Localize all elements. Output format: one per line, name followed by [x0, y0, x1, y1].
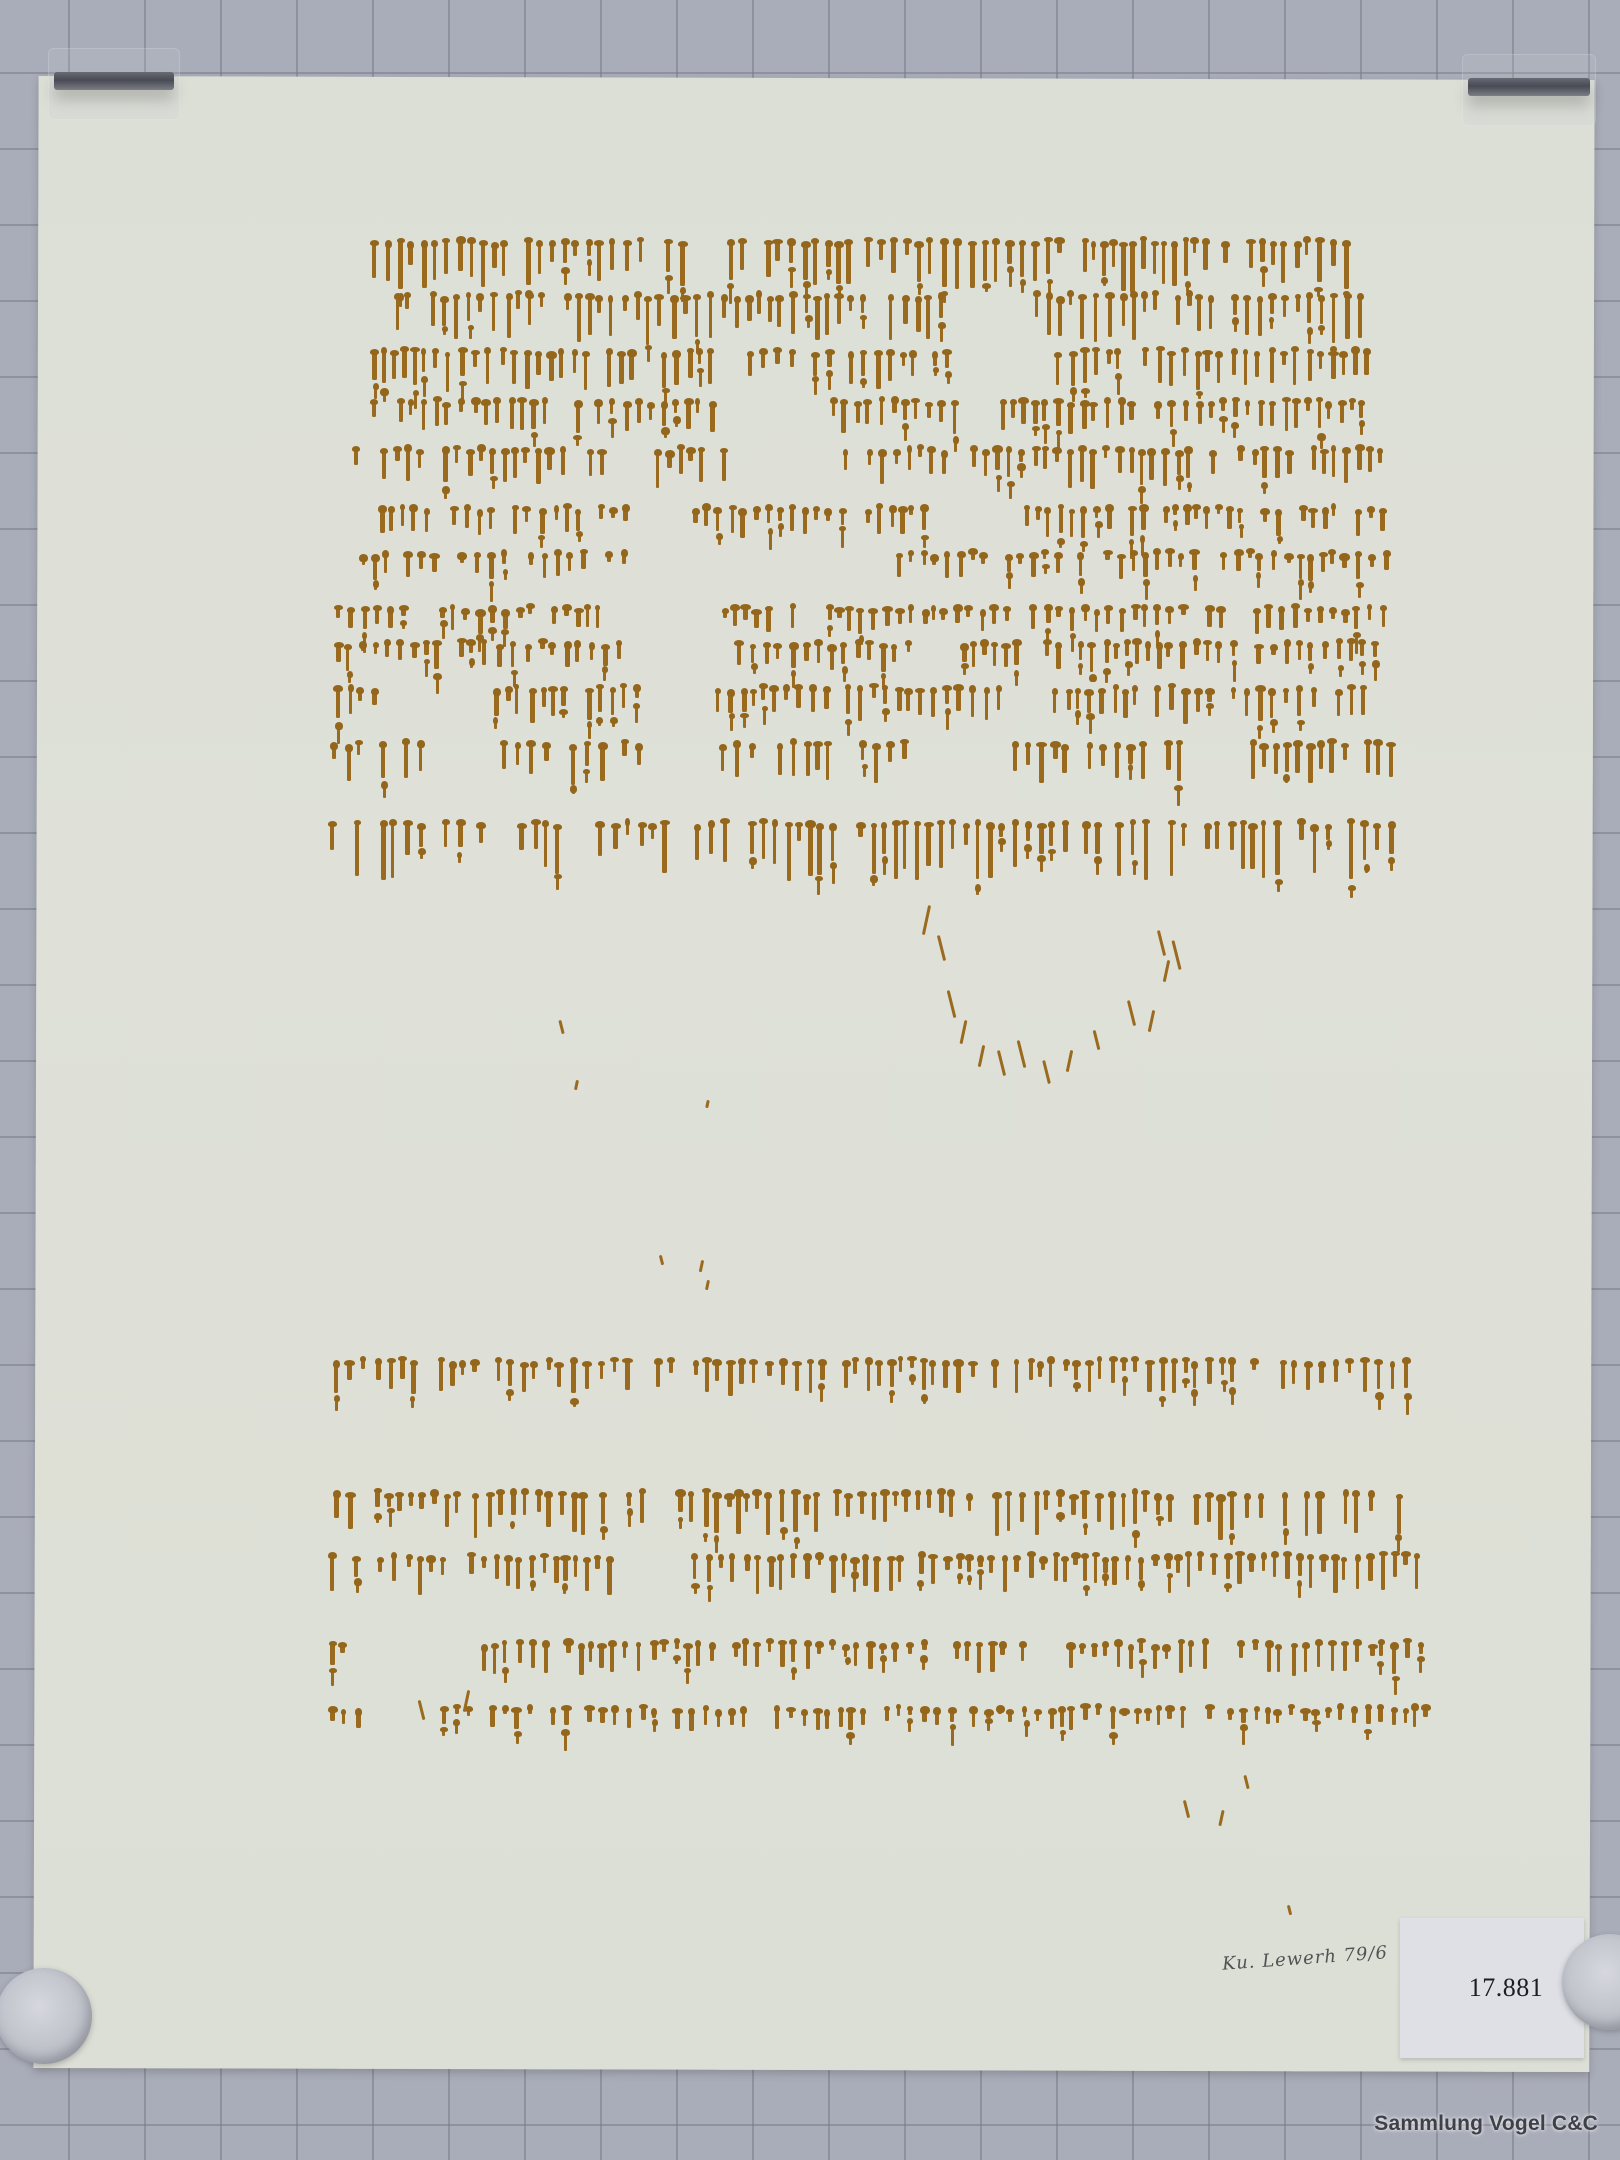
ink-drip — [585, 743, 589, 766]
ink-drip-head — [1141, 291, 1148, 299]
ink-drip-head — [1012, 639, 1022, 646]
ink-drip-head — [1307, 642, 1313, 649]
ink-drip-head — [772, 819, 778, 827]
ink-drip-head — [729, 1553, 735, 1560]
ink-drip-head — [1195, 351, 1202, 357]
ink-drip-head — [1237, 1640, 1245, 1647]
ink-drip-head — [1151, 241, 1159, 246]
ink-drip-head — [1189, 549, 1200, 555]
ink-drip-head — [477, 444, 486, 452]
ink-drip-head — [611, 1705, 619, 1713]
ink-drip-head — [549, 240, 556, 247]
ink-drip-head — [416, 449, 424, 455]
ink-drip — [474, 1495, 477, 1538]
ink-drip-head — [792, 1361, 802, 1366]
ink-drip-head — [902, 423, 909, 430]
ink-drip-head — [1104, 639, 1111, 646]
ink-drip-head — [1129, 241, 1137, 247]
ink-drip-head — [389, 819, 397, 826]
ink-drip — [330, 1643, 335, 1665]
ink-drip-head — [382, 550, 389, 558]
ink-drip-head — [1142, 552, 1149, 559]
ink-drip-head — [984, 1709, 994, 1716]
ink-drip-head — [502, 1640, 507, 1645]
ink-drip-head — [844, 239, 853, 245]
ink-drip-head — [442, 486, 450, 494]
ink-drip-head — [572, 349, 578, 356]
ink-drip — [1094, 1554, 1097, 1583]
ink-drip-head — [560, 1555, 571, 1561]
ink-drip-head — [744, 1554, 751, 1562]
ink-drip-head — [1104, 397, 1111, 404]
ink-drip-head — [356, 687, 364, 694]
ink-drip-head — [1366, 446, 1374, 452]
ink-drip-head — [1061, 744, 1069, 751]
ink-drip-head — [707, 1585, 713, 1590]
ink-drip-head — [1092, 1552, 1100, 1557]
ink-drip — [1141, 743, 1145, 779]
ink-drip — [1121, 244, 1126, 291]
ink-drip-head — [743, 1493, 750, 1499]
ink-drip-head — [1318, 1361, 1326, 1368]
ink-drip-head — [732, 1642, 741, 1649]
ink-stroke — [1157, 930, 1166, 956]
ink-drip-head — [1353, 632, 1361, 638]
ink-drip-head — [1271, 550, 1277, 557]
ink-drip-head — [423, 640, 430, 645]
ink-drip-head — [1081, 388, 1090, 394]
ink-drip-head — [1089, 402, 1098, 407]
ink-drip-head — [1165, 606, 1174, 613]
ink-drip-head — [573, 435, 582, 440]
ink-drip-head — [1273, 743, 1280, 750]
ink-drip — [773, 821, 776, 864]
ink-drip-head — [538, 535, 545, 540]
ink-drip-head — [1203, 640, 1212, 645]
ink-drip-head — [886, 349, 895, 356]
ink-drip-head — [789, 642, 799, 650]
ink-drip-head — [1261, 482, 1268, 489]
ink-drip-head — [1174, 785, 1183, 791]
ink-drip-head — [1205, 1357, 1214, 1362]
ink-drip-head — [1297, 554, 1305, 559]
ink-drip-head — [1297, 1580, 1302, 1587]
ink-drip-head — [1056, 1489, 1065, 1497]
ink-drip-head — [430, 291, 437, 297]
ink-drip-head — [674, 1638, 680, 1644]
ink-drip-head — [1046, 292, 1053, 300]
ink-drip-head — [1411, 1703, 1419, 1711]
ink-drip-head — [1181, 823, 1187, 828]
ink-stroke — [659, 1255, 664, 1265]
ink-drip-head — [1352, 606, 1360, 611]
ink-drip — [544, 822, 547, 867]
ink-drip — [1250, 825, 1255, 869]
ink-drip-head — [1275, 1644, 1282, 1650]
ink-drip-head — [1072, 1360, 1081, 1367]
ink-drip — [1119, 556, 1123, 579]
ink-drip-head — [998, 838, 1006, 845]
ink-drip-head — [608, 295, 613, 303]
ink-drip-head — [1260, 446, 1269, 451]
ink-drip-head — [811, 352, 820, 358]
ink-drip-head — [605, 551, 613, 558]
ink-drip-head — [1224, 1583, 1232, 1589]
ink-drip-head — [489, 581, 494, 587]
ink-drip-head — [888, 294, 894, 301]
ink-drip — [581, 1494, 585, 1535]
ink-drip-head — [1115, 822, 1124, 828]
ink-drip-head — [1339, 553, 1350, 561]
ink-drip-head — [570, 785, 577, 793]
ink-drip — [1350, 686, 1353, 715]
ink-drip — [1317, 1493, 1322, 1534]
ink-drip — [404, 740, 408, 778]
ink-drip-head — [1317, 606, 1324, 612]
ink-drip-head — [1403, 1708, 1409, 1714]
ink-drip — [422, 242, 427, 288]
ink-drip — [422, 401, 425, 430]
ink-drip-head — [740, 713, 749, 718]
ink-drip — [861, 352, 865, 376]
ink-drip-head — [694, 824, 701, 831]
ink-drip-head — [908, 550, 914, 556]
ink-stroke — [1127, 1000, 1136, 1026]
ink-drip-head — [541, 687, 547, 693]
ink-drip-head — [553, 1556, 560, 1561]
ink-drip-head — [378, 505, 387, 513]
ink-drip — [815, 743, 820, 770]
ink-drip — [1376, 741, 1380, 775]
ink-drip-head — [921, 535, 929, 540]
ink-drip-head — [1270, 241, 1277, 247]
ink-drip — [625, 242, 629, 271]
ink-drip — [793, 1491, 798, 1532]
ink-drip-head — [515, 742, 521, 749]
ink-drip-head — [1421, 1704, 1431, 1711]
ink-drip — [444, 240, 448, 274]
ink-drip-head — [1234, 549, 1244, 556]
ink-drip-head — [1103, 550, 1113, 555]
ink-drip-head — [1196, 391, 1203, 396]
ink-drip-head — [860, 350, 867, 355]
ink-drip-head — [975, 884, 981, 892]
ink-drip-head — [484, 347, 491, 354]
ink-drip-head — [1304, 1491, 1310, 1499]
ink-drip-head — [536, 240, 543, 247]
ink-drip-head — [517, 397, 527, 403]
ink-drip-head — [842, 666, 848, 674]
ink-drip — [382, 349, 386, 383]
ink-drip-head — [1006, 572, 1013, 579]
ink-drip-head — [1214, 821, 1220, 826]
ink-drip-head — [801, 241, 811, 248]
ink-drip-head — [992, 238, 1000, 245]
ink-drip-head — [1250, 739, 1257, 746]
ink-drip-head — [898, 1356, 903, 1361]
ink-drip-head — [1091, 1643, 1098, 1648]
ink-drip-head — [963, 823, 970, 829]
ink-drip-head — [1322, 641, 1329, 648]
ink-drip-head — [1132, 1488, 1138, 1495]
ink-drip — [598, 686, 602, 712]
ink-drip-head — [917, 444, 924, 450]
ink-drip-head — [1239, 524, 1244, 529]
ink-drip-head — [450, 506, 459, 511]
ink-drip-head — [889, 505, 897, 513]
ink-drip-head — [1154, 685, 1161, 692]
ink-drip-head — [1341, 1641, 1349, 1646]
ink-drip-head — [1392, 1676, 1400, 1681]
ink-drip-head — [727, 239, 735, 246]
ink-drip-head — [924, 822, 934, 827]
ink-drip — [1056, 354, 1059, 385]
ink-drip-head — [1164, 642, 1173, 649]
ink-drip-head — [564, 293, 572, 301]
ink-drip-head — [457, 638, 467, 643]
ink-drip-head — [881, 822, 887, 829]
ink-drip-head — [1205, 605, 1215, 612]
ink-drip — [503, 1642, 506, 1663]
ink-drip-head — [938, 292, 944, 300]
ink-drip — [389, 1360, 393, 1389]
ink-drip — [1230, 823, 1234, 850]
ink-drip-head — [1094, 822, 1102, 828]
ink-drip-head — [553, 824, 562, 830]
ink-drip — [1266, 606, 1271, 628]
ink-drip-head — [1175, 450, 1184, 457]
ink-drip — [1377, 1361, 1380, 1389]
ink-drip — [736, 1491, 741, 1534]
ink-drip — [917, 243, 921, 282]
ink-drip-head — [764, 1492, 772, 1499]
ink-drip-head — [1182, 1378, 1190, 1384]
ink-drip-head — [1232, 397, 1240, 402]
ink-drip-head — [1314, 287, 1323, 292]
ink-drip — [515, 686, 518, 714]
ink-drip-head — [595, 605, 600, 610]
ink-drip-head — [387, 606, 394, 614]
ink-drip-head — [528, 552, 534, 560]
ink-drip-head — [818, 1359, 827, 1366]
ink-drip-head — [1070, 387, 1077, 395]
ink-drip-head — [444, 1494, 451, 1499]
ink-drip-head — [1048, 1708, 1057, 1715]
ink-drip-head — [1147, 448, 1156, 456]
ink-drip-head — [1282, 1492, 1288, 1499]
ink-drip-head — [702, 1488, 711, 1493]
ink-drip-head — [773, 347, 782, 353]
ink-drip-head — [486, 1492, 495, 1497]
ink-drip-head — [1355, 444, 1365, 451]
ink-drip-head — [654, 1358, 663, 1365]
ink-drip-head — [1041, 549, 1049, 555]
ink-drip-head — [1132, 860, 1138, 866]
ink-drip-head — [1250, 1358, 1259, 1365]
ink-drip-head — [1121, 1493, 1126, 1498]
ink-drip — [1170, 822, 1173, 876]
ink-drip-head — [1258, 400, 1265, 405]
ink-drip-head — [1248, 823, 1258, 830]
ink-drip-head — [621, 739, 629, 744]
ink-drip-head — [397, 398, 405, 404]
ink-drip-head — [751, 663, 758, 670]
ink-drip-head — [896, 553, 903, 558]
ink-drip-head — [1115, 446, 1125, 453]
ink-drip-head — [1306, 292, 1313, 299]
ink-drip — [411, 1362, 416, 1394]
ink-drip-head — [950, 1724, 956, 1730]
ink-drip-head — [544, 447, 555, 455]
ink-drip — [903, 822, 906, 869]
ink-drip-head — [554, 549, 562, 556]
ink-drip-head — [706, 1554, 713, 1561]
ink-drip-head — [500, 347, 507, 352]
ink-drip-head — [791, 1667, 797, 1674]
ink-drip-head — [911, 398, 920, 403]
ink-drip-head — [1164, 1553, 1173, 1561]
ink-drip-head — [1027, 1551, 1036, 1557]
ink-drip-head — [1153, 548, 1161, 555]
ink-drip-head — [430, 1489, 439, 1497]
ink-drip-head — [678, 1517, 683, 1522]
ink-drip — [381, 743, 385, 778]
ink-drip — [680, 243, 685, 286]
ink-drip-head — [1396, 1494, 1403, 1499]
ink-drip-head — [1067, 402, 1075, 408]
ink-drip-head — [939, 608, 948, 615]
ink-drip-head — [570, 1398, 579, 1405]
ink-drip — [815, 298, 820, 340]
ink-drip-head — [941, 450, 948, 458]
ink-drip-head — [1130, 819, 1136, 825]
ink-drip-head — [410, 1360, 418, 1366]
ink-drip-head — [898, 506, 908, 513]
ink-drip-head — [1091, 241, 1096, 248]
ink-drip-head — [1077, 552, 1084, 560]
ink-drip — [1147, 1362, 1152, 1392]
ink-drip-head — [1377, 1661, 1384, 1667]
ink-drip-head — [926, 1489, 932, 1496]
ink-stroke — [558, 1020, 564, 1034]
ink-drip-head — [1128, 764, 1133, 771]
ink-drip-head — [489, 448, 496, 455]
ink-drip — [695, 296, 698, 337]
ink-drip-head — [749, 743, 756, 750]
ink-drip-head — [1102, 1557, 1109, 1563]
ink-drip — [382, 450, 386, 479]
ink-drip-head — [1255, 553, 1263, 560]
ink-drip-head — [438, 1357, 445, 1362]
ink-stroke — [705, 1280, 710, 1290]
ink-drip-head — [807, 1359, 814, 1364]
ink-drip-head — [672, 399, 679, 406]
ink-drip-head — [1307, 554, 1314, 562]
ink-drip-head — [907, 1718, 913, 1724]
ink-drip-head — [1373, 739, 1383, 746]
ink-drip — [396, 295, 399, 330]
ink-drip-head — [439, 607, 447, 613]
ink-drip-head — [1047, 279, 1053, 284]
ink-drip-head — [728, 1708, 736, 1716]
ink-drip-head — [991, 642, 998, 647]
ink-drip — [507, 295, 511, 338]
ink-drip-head — [429, 553, 440, 559]
ink-drip — [1183, 690, 1188, 724]
ink-drip-head — [960, 643, 969, 651]
ink-drip-head — [751, 609, 762, 615]
ink-drip-head — [879, 643, 888, 649]
ink-drip — [640, 1490, 644, 1523]
ink-drip-head — [977, 1555, 984, 1563]
ink-drip-head — [510, 1488, 517, 1496]
ink-drip — [536, 450, 541, 484]
ink-drip-head — [877, 239, 886, 245]
ink-drip-head — [476, 822, 486, 829]
ink-drip — [1033, 243, 1037, 281]
ink-drip-head — [695, 398, 700, 405]
ink-drip-head — [1089, 674, 1097, 682]
ink-drip — [1381, 1553, 1385, 1590]
ink-drip-head — [1357, 293, 1364, 300]
ink-drip-head — [1277, 536, 1283, 542]
ink-drip-head — [333, 1490, 341, 1498]
ink-drip-head — [1176, 475, 1184, 482]
ink-drip-head — [1243, 295, 1251, 301]
ink-drip-head — [930, 687, 937, 694]
ink-drip-head — [524, 237, 533, 243]
ink-drip — [837, 295, 841, 324]
ink-drip-head — [824, 293, 830, 299]
ink-drip — [1281, 243, 1285, 283]
ink-drip-head — [874, 350, 883, 356]
ink-drip-head — [1132, 638, 1142, 645]
ink-drip-head — [982, 449, 990, 456]
ink-drip-head — [1280, 241, 1287, 247]
ink-drip-head — [1260, 266, 1268, 273]
ink-drip-head — [1042, 446, 1049, 451]
ink-drip-head — [1174, 1554, 1183, 1561]
ink-drip-head — [1034, 1491, 1040, 1496]
ink-drip-head — [795, 822, 803, 827]
ink-drip-head — [1395, 1534, 1402, 1541]
ink-drip-head — [1205, 1492, 1214, 1498]
ink-drip-head — [823, 686, 831, 693]
ink-drip-head — [587, 259, 592, 266]
ink-drip-head — [1034, 1709, 1042, 1715]
ink-drip-head — [354, 820, 361, 825]
ink-stroke — [978, 1045, 986, 1067]
ink-drip-head — [1032, 446, 1041, 451]
ink-drip-head — [857, 1491, 867, 1497]
ink-drip-head — [815, 876, 823, 881]
ink-drip-head — [1129, 447, 1135, 453]
ink-drip-head — [587, 449, 594, 455]
ink-drip-head — [1325, 824, 1332, 830]
ink-drip-head — [845, 1657, 851, 1664]
ink-drip-head — [595, 295, 603, 302]
ink-drip-head — [847, 295, 854, 302]
ink-drip-head — [496, 644, 504, 650]
ink-drip-head — [1122, 1376, 1128, 1383]
ink-drip — [516, 1559, 520, 1589]
ink-drip-head — [938, 322, 946, 329]
ink-drip — [1158, 348, 1162, 383]
ink-drip-head — [720, 818, 730, 824]
ink-drip-head — [834, 293, 844, 299]
ink-drip-head — [985, 1718, 993, 1724]
ink-drip-head — [542, 742, 551, 749]
